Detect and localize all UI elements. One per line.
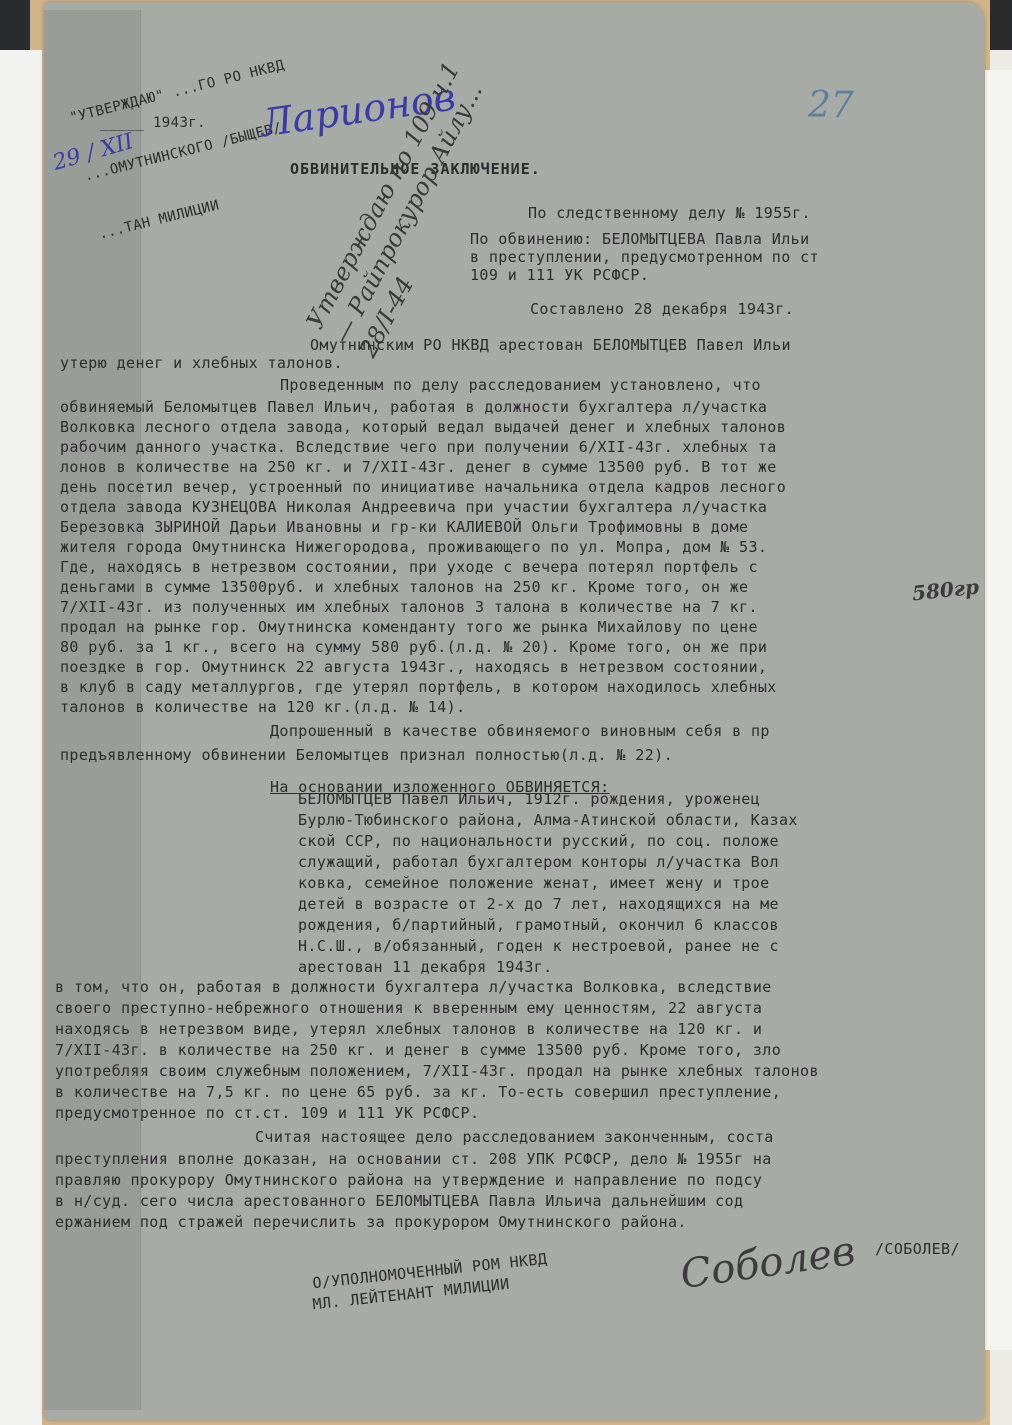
charge-line: в том, что он, работая в должности бухга…: [55, 978, 772, 996]
accusation-line: 109 и 111 УК РСФСР.: [470, 266, 649, 284]
charge-line: в н/суд. сего числа арестованного БЕЛОМЫ…: [55, 1192, 743, 1210]
body-line: талонов в количестве на 120 кг.(л.д. № 1…: [60, 698, 466, 716]
accused-line: служащий, работал бухгалтером конторы л/…: [298, 853, 779, 871]
accused-line: рождения, б/партийный, грамотный, окончи…: [298, 916, 779, 934]
body-line: Березовка ЗЫРИНОЙ Дарьи Ивановны и гр-ки…: [60, 518, 748, 536]
body-line: в клуб в саду металлургов, где утерял по…: [60, 678, 777, 696]
accused-line: Бурлю-Тюбинского района, Алма-Атинской о…: [298, 811, 798, 829]
body-line: Волковка лесного отдела завода, который …: [60, 418, 786, 436]
body-line: деньгами в сумме 13500руб. и хлебных тал…: [60, 578, 748, 596]
body-line: 80 руб. за 1 кг., всего на сумму 580 руб…: [60, 638, 767, 656]
body-line: продал на рынке гор. Омутнинска комендан…: [60, 618, 758, 636]
body-line: обвиняемый Беломытцев Павел Ильич, работ…: [60, 398, 767, 416]
body-line: рабочим данного участка. Вследствие чего…: [60, 438, 777, 456]
charge-line: Считая настоящее дело расследованием зак…: [255, 1128, 774, 1146]
body-line: Проведенным по делу расследованием устан…: [280, 376, 761, 394]
charge-line: в количестве на 7,5 кг. по цене 65 руб. …: [55, 1083, 781, 1101]
charge-line: ержанием под стражей перечислить за прок…: [55, 1213, 687, 1231]
body-line: лонов в количестве на 250 кг. и 7/XII-43…: [60, 458, 777, 476]
body-line: отдела завода КУЗНЕЦОВА Николая Андрееви…: [60, 498, 767, 516]
body-line: утерю денег и хлебных талонов.: [60, 354, 343, 372]
charge-line: употребляя своим служебным положением, 7…: [55, 1062, 819, 1080]
white-surface-left: [0, 50, 42, 1425]
charge-line: правляю прокурору Омутнинского района на…: [55, 1171, 762, 1189]
stamp-date-line: _____ 1943г.: [100, 115, 206, 131]
accusation-line: в преступлении, предусмотренном по ст: [470, 248, 819, 266]
body-line: поездке в гор. Омутнинск 22 августа 1943…: [60, 658, 767, 676]
charge-line: 7/XII-43г. в количестве на 250 кг. и ден…: [55, 1041, 781, 1059]
accused-line: арестован 11 декабря 1943г.: [298, 958, 553, 976]
body-line: 7/XII-43г. из полученных им хлебных тало…: [60, 598, 758, 616]
body-line: Где, находясь в нетрезвом состоянии, при…: [60, 558, 758, 576]
body-line: предъявленному обвинении Беломытцев приз…: [60, 746, 673, 764]
accused-line: ской ССР, по национальности русский, по …: [298, 832, 779, 850]
body-line: жителя города Омутнинска Нижегородова, п…: [60, 538, 767, 556]
charge-line: находясь в нетрезвом виде, утерял хлебны…: [55, 1020, 762, 1038]
charge-line: преступления вполне доказан, на основани…: [55, 1150, 772, 1168]
charge-line: предусмотренное по ст.ст. 109 и 111 УК Р…: [55, 1104, 479, 1122]
compiled-date: Составлено 28 декабря 1943г.: [530, 300, 794, 318]
accusation-line: По обвинению: БЕЛОМЫТЦЕВА Павла Ильи: [470, 230, 810, 248]
accused-line: детей в возрасте от 2-х до 7 лет, находя…: [298, 895, 779, 913]
charge-line: своего преступно-небрежного отношения к …: [55, 999, 762, 1017]
accused-line: ковка, семейное положение женат, имеет ж…: [298, 874, 770, 892]
case-number: По следственному делу № 1955г.: [528, 204, 811, 222]
body-line: день посетил вечер, устроенный по инициа…: [60, 478, 786, 496]
white-surface-right: [985, 70, 1012, 1350]
accused-line: Н.С.Ш., в/обязанный, годен к нестроевой,…: [298, 937, 779, 955]
body-line: Омутнинским РО НКВД арестован БЕЛОМЫТЦЕВ…: [310, 336, 791, 354]
accused-line: БЕЛОМЫТЦЕВ Павел Ильич, 1912г. рождения,…: [298, 790, 760, 808]
officer-name: /СОБОЛЕВ/: [875, 1240, 960, 1258]
page-number: 27: [808, 85, 854, 126]
body-line: Допрошенный в качестве обвиняемого винов…: [270, 722, 770, 740]
